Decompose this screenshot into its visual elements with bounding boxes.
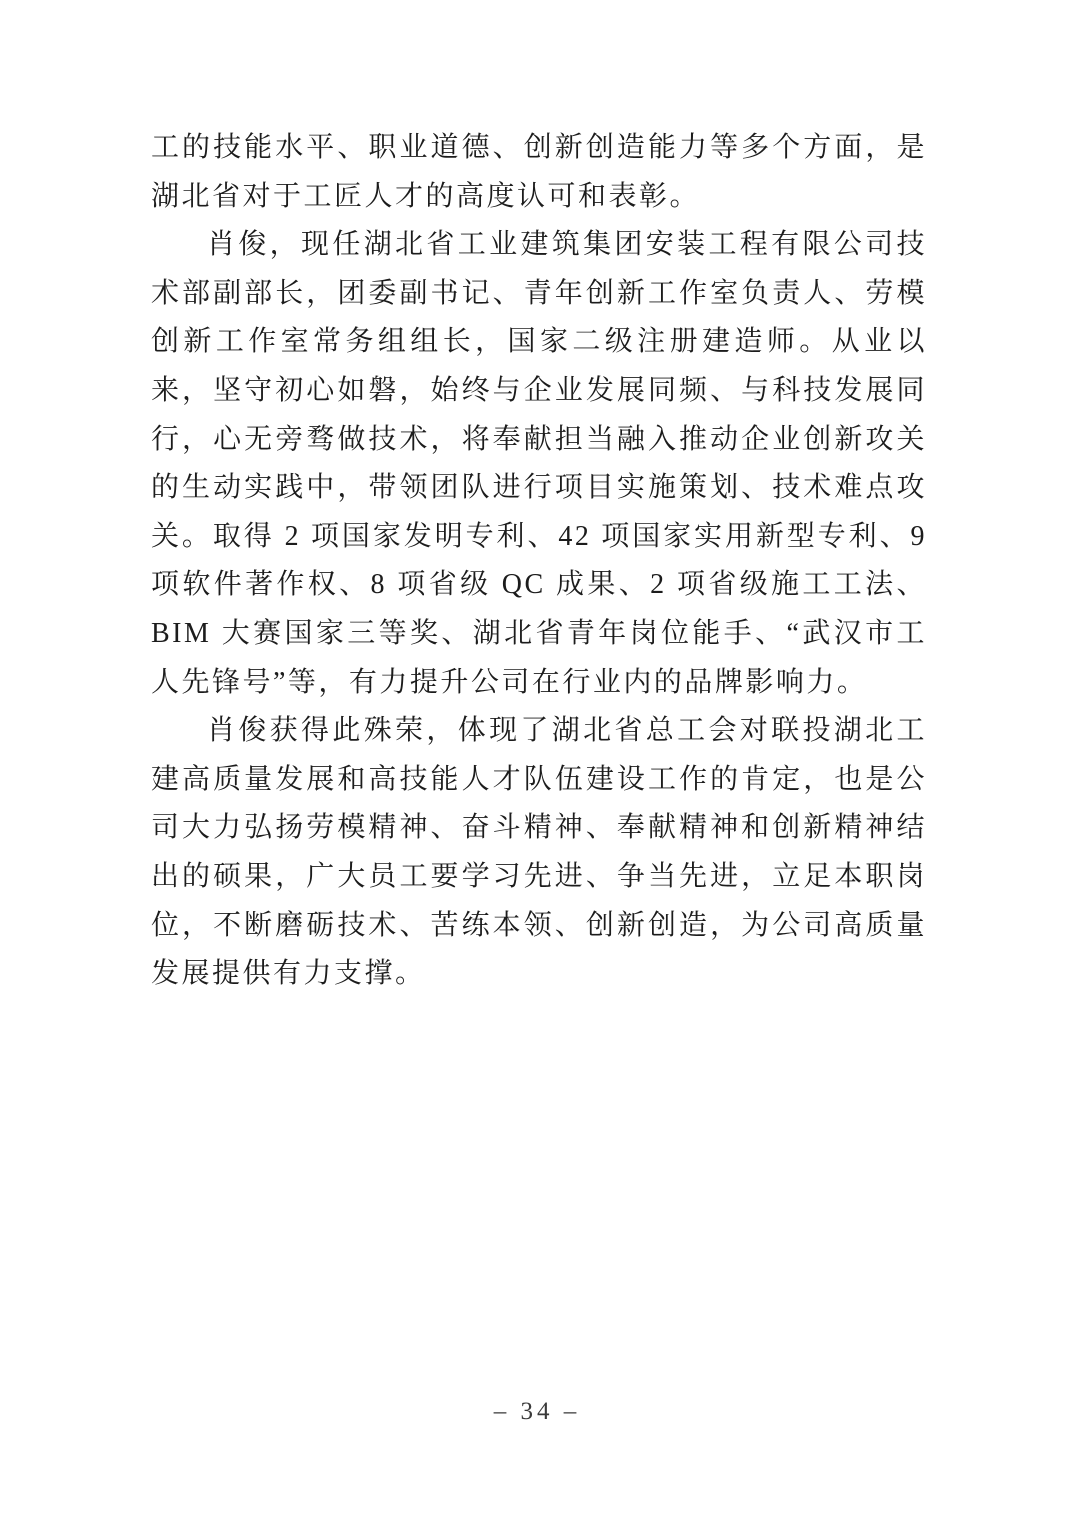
document-body: 工的技能水平、职业道德、创新创造能力等多个方面，是湖北省对于工匠人才的高度认可和…	[151, 124, 927, 999]
paragraph-bio: 肖俊，现任湖北省工业建筑集团安装工程有限公司技术部副部长，团委副书记、青年创新工…	[151, 221, 927, 707]
page-number: – 34 –	[0, 1398, 1074, 1426]
document-page: 工的技能水平、职业道德、创新创造能力等多个方面，是湖北省对于工匠人才的高度认可和…	[0, 0, 1074, 1520]
paragraph-continuation: 工的技能水平、职业道德、创新创造能力等多个方面，是湖北省对于工匠人才的高度认可和…	[151, 124, 927, 221]
paragraph-conclusion: 肖俊获得此殊荣，体现了湖北省总工会对联投湖北工建高质量发展和高技能人才队伍建设工…	[151, 707, 927, 999]
